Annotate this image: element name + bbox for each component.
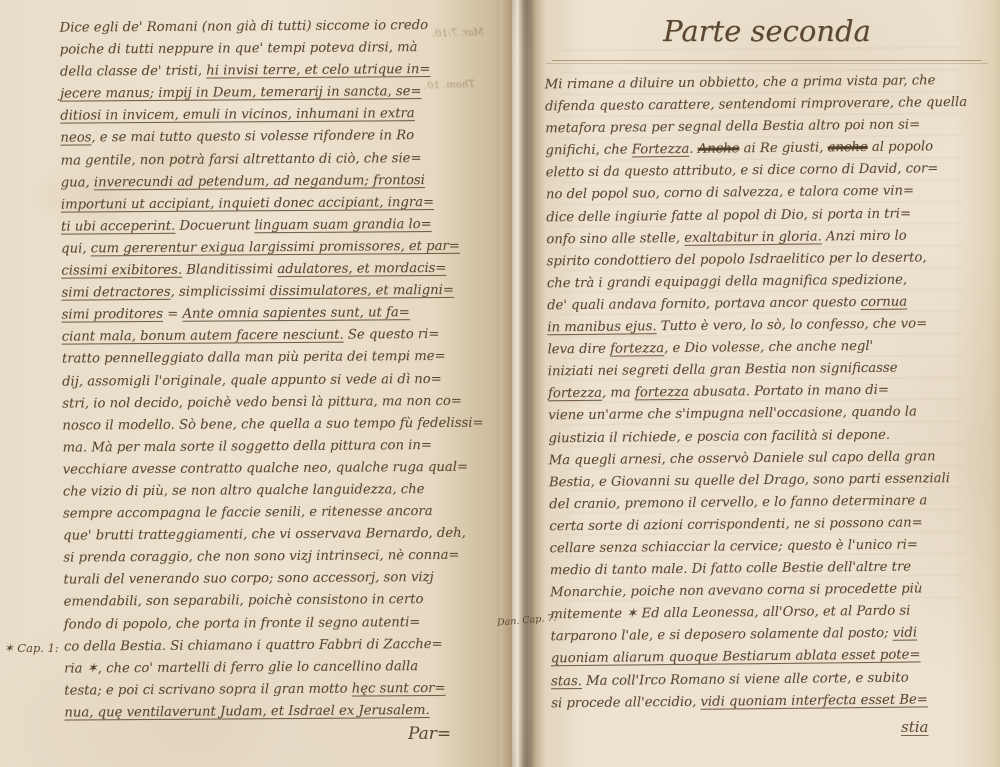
section-heading: Parte seconda (552, 14, 982, 61)
left-margin-note: ✶ Cap. 1: (4, 641, 59, 655)
manuscript-line: ma. Mà per mala sorte il soggetto della … (62, 434, 510, 459)
manuscript-line: ciant mala, bonum autem facere nesciunt.… (62, 324, 510, 349)
manuscript-line: ditiosi in invicem, emuli in vicinos, in… (60, 103, 508, 128)
right-catchword: stia (901, 718, 928, 736)
manuscript-line: turali del venerando suo corpo; sono acc… (63, 567, 511, 592)
manuscript-line: testa; e poi ci scrivano sopra il gran m… (64, 677, 512, 702)
manuscript-line: ria ✶, che co' martelli di ferro glie lo… (64, 655, 512, 680)
manuscript-line: importuni ut accipiant, inquieti donec a… (61, 191, 509, 216)
manuscript-line: emendabili, son separabili, poichè consi… (64, 589, 512, 614)
manuscript-line: della classe de' tristi, hi invisi terre… (60, 59, 508, 84)
manuscript-line: si procede all'eccidio, vidi quoniam int… (551, 688, 991, 715)
manuscript-line: neos, e se mai tutto questo si volesse r… (60, 125, 508, 150)
manuscript-line: spirito condottiero del popolo Isdraelit… (547, 246, 987, 273)
manuscript-line: jecere manus; impij in Deum, temerarij i… (60, 81, 508, 106)
manuscript-line: vecchiare avesse contratto qualche neo, … (63, 456, 511, 481)
manuscript-line: poiche di tutti neppure in que' tempi po… (60, 37, 508, 62)
manuscript-line: dij, assomigli l'originale, quale appunt… (62, 368, 510, 393)
manuscript-line: co della Bestia. Si chiamano i quattro F… (64, 633, 512, 658)
manuscript-line: nua, quę ventilaverunt Judam, et Isdrael… (64, 699, 512, 724)
manuscript-photo: Mar. 7:10. Thom. 10. Dice egli de' Roman… (0, 0, 1000, 767)
manuscript-line: que' brutti tratteggiamenti, che vi osse… (63, 523, 511, 548)
left-page-text: Dice egli de' Romani (non già di tutti) … (60, 14, 513, 724)
manuscript-line: si prenda coraggio, che non sono vizj in… (63, 545, 511, 570)
manuscript-line: simi detractores, simplicissimi dissimul… (61, 280, 509, 305)
manuscript-line: tratto pennelleggiato dalla man più peri… (62, 346, 510, 371)
manuscript-line: ti ubi acceperint. Docuerunt linguam sua… (61, 213, 509, 238)
manuscript-line: fondo di popolo, che porta in fronte il … (64, 611, 512, 636)
manuscript-line: gua, inverecundi ad petendum, ad negandu… (61, 169, 509, 194)
manuscript-line: Dice egli de' Romani (non già di tutti) … (60, 14, 508, 39)
manuscript-line: ma gentile, non potrà farsi altrettanto … (60, 147, 508, 172)
manuscript-line: sempre accompagna le faccie senili, e ri… (63, 500, 511, 525)
manuscript-line: che vizio di più, se non altro qualche l… (63, 478, 511, 503)
right-page-text: Mi rimane a diluire un obbietto, che a p… (545, 70, 992, 715)
manuscript-line: nosco il modello. Sò bene, che quella a … (62, 412, 510, 437)
manuscript-line: simi proditores = Ante omnia sapientes s… (62, 302, 510, 327)
manuscript-line: stri, io nol decido, poichè vedo bensì l… (62, 390, 510, 415)
manuscript-line: qui, cum gererentur exigua largissimi pr… (61, 235, 509, 260)
left-catchword: Par= (408, 724, 451, 744)
manuscript-line: del cranio, premono il cervello, e lo fa… (549, 489, 989, 516)
manuscript-line: cissimi exibitores. Blanditissimi adulat… (61, 257, 509, 282)
